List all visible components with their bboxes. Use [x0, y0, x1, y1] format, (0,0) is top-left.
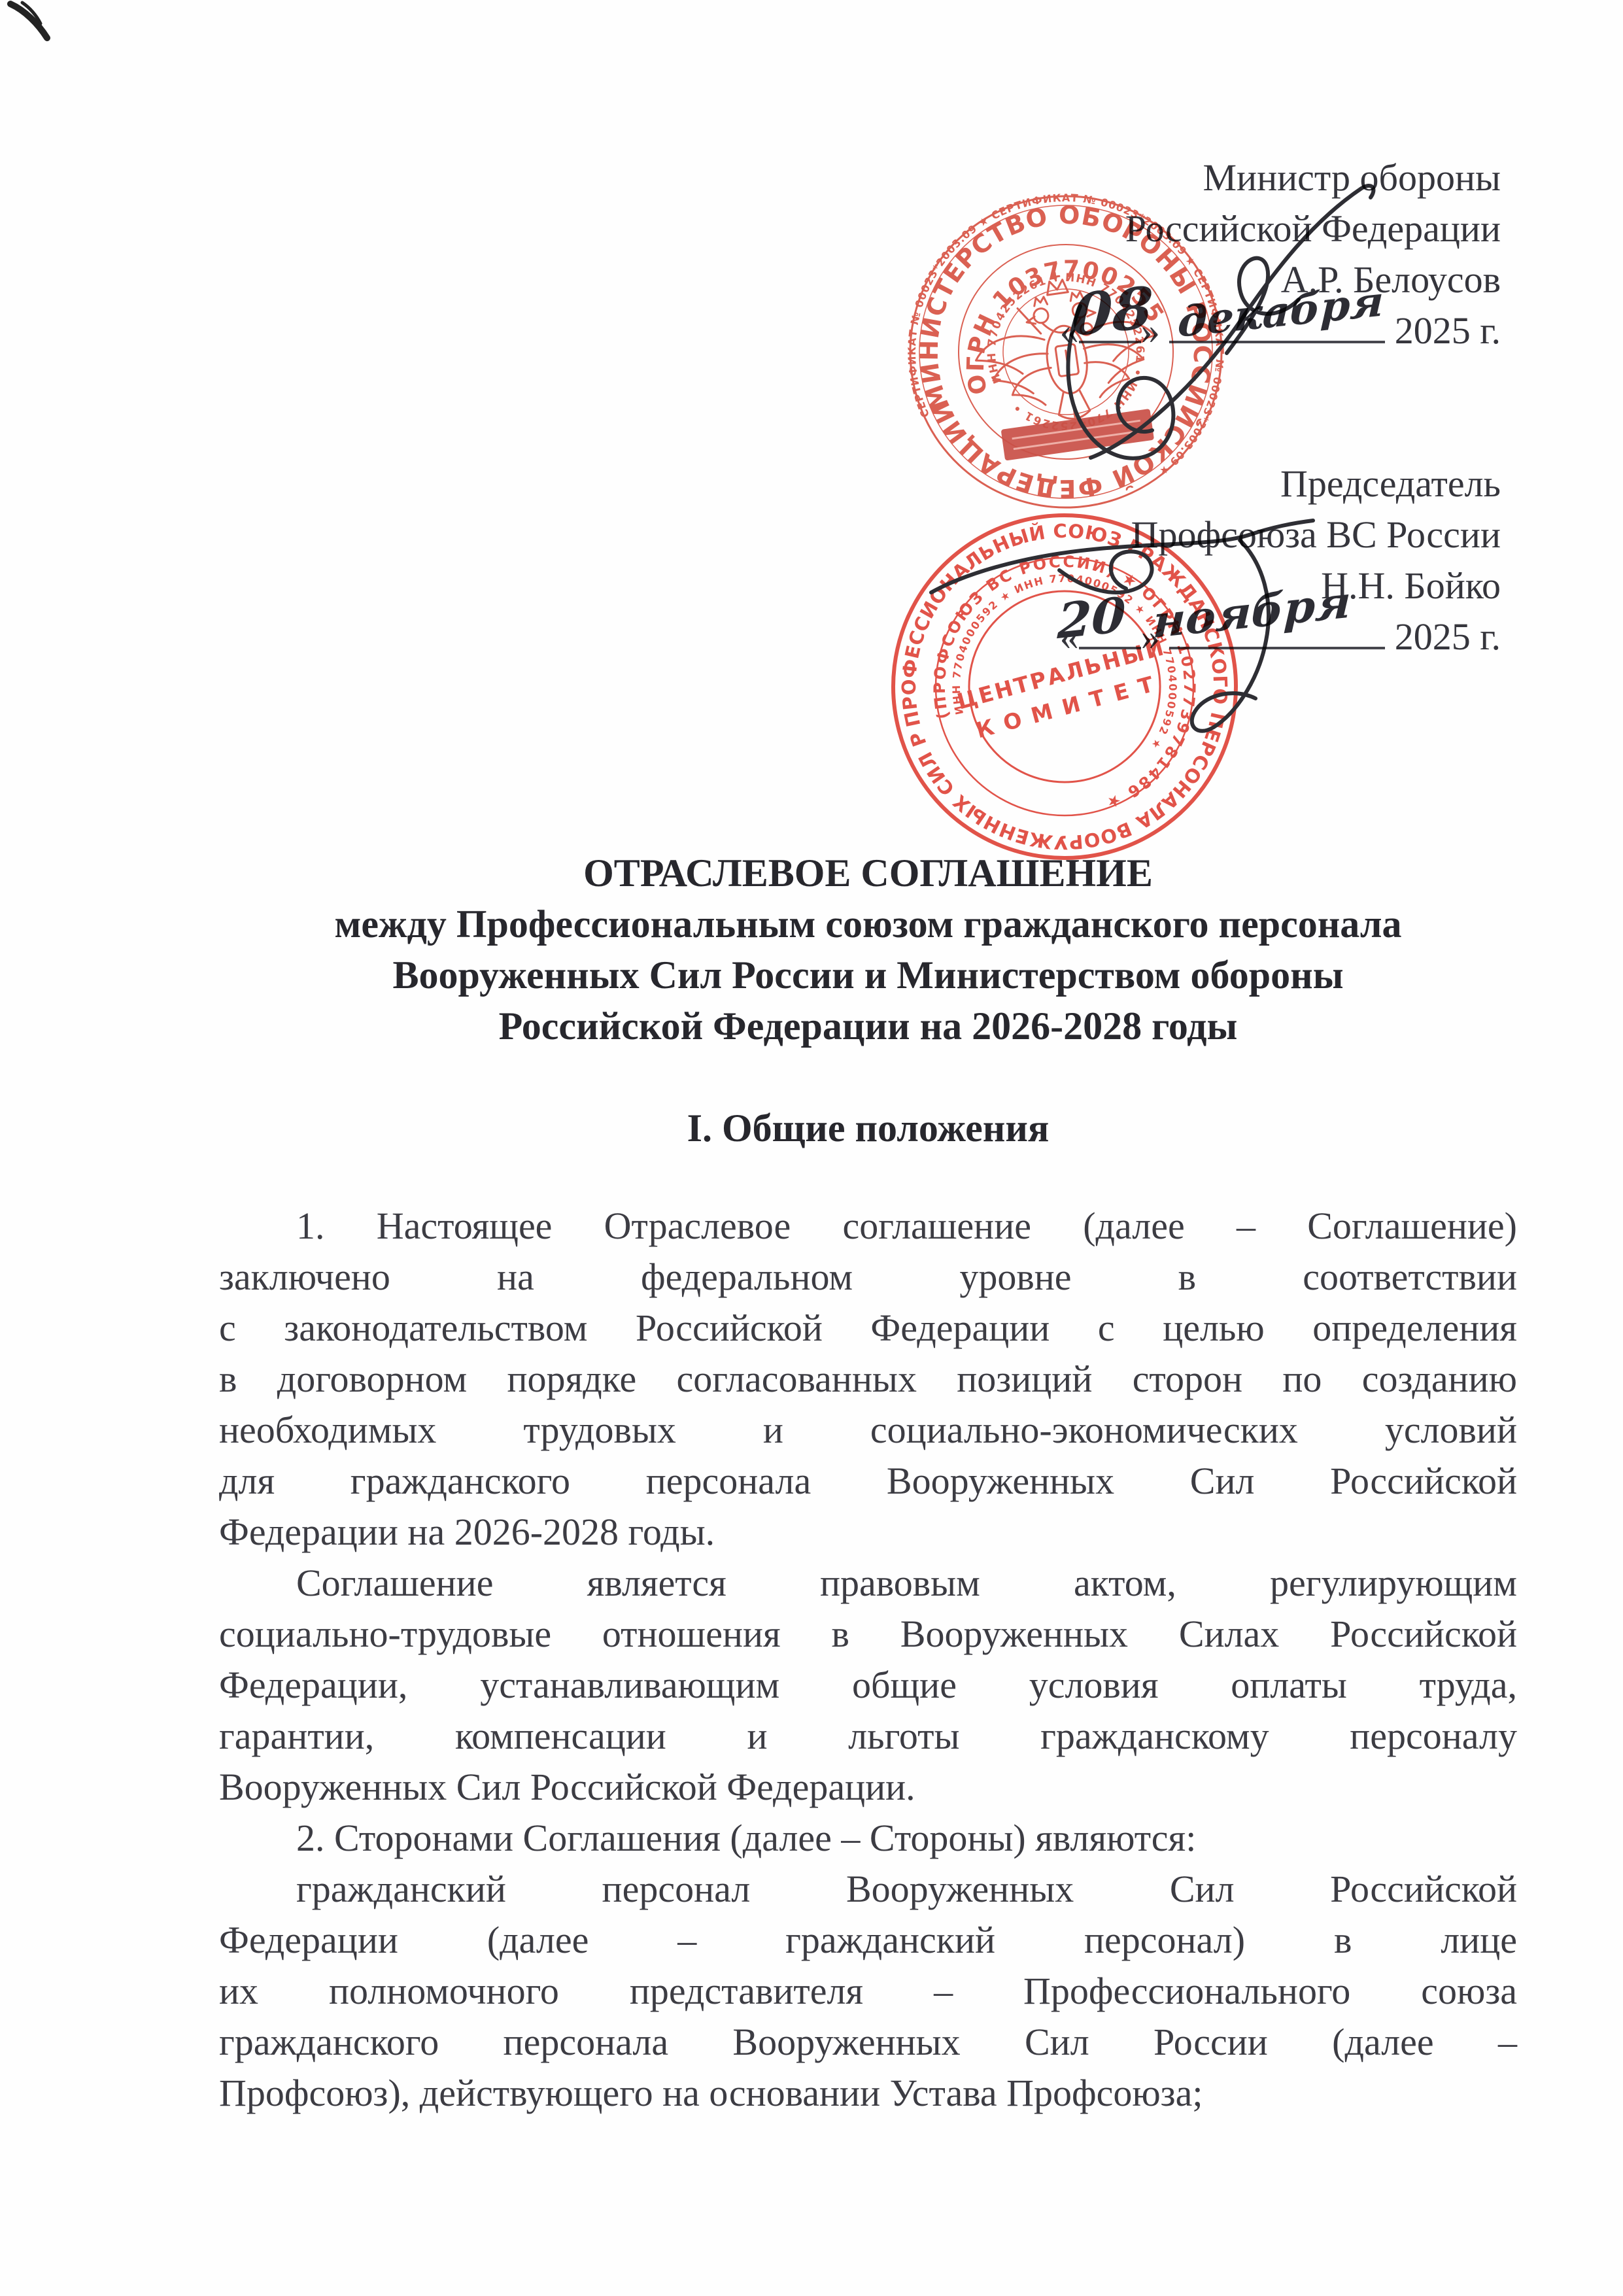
title-line: Российской Федерации на 2026-2028 годы: [219, 1001, 1517, 1052]
body-line: Федерации, устанавливающим общие условия…: [219, 1660, 1517, 1711]
body-line: Вооруженных Сил Российской Федерации.: [219, 1762, 1517, 1813]
chairman-role-line: Председатель: [1060, 458, 1501, 509]
body-line: в договорном порядке согласованных позиц…: [219, 1354, 1517, 1405]
document-title: ОТРАСЛЕВОЕ СОГЛАШЕНИЕ между Профессионал…: [219, 848, 1517, 1052]
svg-text:ОГРН 1037700255284: ОГРН 1037700255284: [0, 0, 1171, 817]
body-line: 2. Сторонами Соглашения (далее – Стороны…: [219, 1813, 1517, 1864]
body-line: Соглашение является правовым актом, регу…: [219, 1558, 1517, 1609]
body-line: заключено на федеральном уровне в соотве…: [219, 1252, 1517, 1303]
body-line: гарантии, компенсации и льготы гражданск…: [219, 1711, 1517, 1762]
stamp-center-line: КОМИТЕТ: [973, 668, 1166, 743]
body-line: 1. Настоящее Отраслевое соглашение (дале…: [219, 1201, 1517, 1252]
handwritten-day-chairman: 20: [1057, 591, 1127, 646]
chairman-date-year: 2025 г.: [1395, 615, 1501, 658]
body-line: их полномочного представителя – Професси…: [219, 1966, 1517, 2017]
body-line: гражданского персонала Вооруженных Сил Р…: [219, 2017, 1517, 2068]
title-line: Вооруженных Сил России и Министерством о…: [219, 950, 1517, 1001]
title-line: между Профессиональным союзом гражданско…: [219, 899, 1517, 950]
minister-role-line: Министр обороны: [1060, 152, 1501, 203]
stamp-bottom-banner: [1001, 409, 1154, 461]
minister-role-line: Российской Федерации: [1060, 203, 1501, 254]
body-line: Федерации (далее – гражданский персонал)…: [219, 1915, 1517, 1966]
scan-artifact: [10, 3, 47, 38]
body-text: 1. Настоящее Отраслевое соглашение (дале…: [219, 1201, 1517, 2119]
body-line: гражданский персонал Вооруженных Сил Рос…: [219, 1864, 1517, 1915]
handwritten-day-minister: 08: [1071, 279, 1154, 344]
body-line: для гражданского персонала Вооруженных С…: [219, 1456, 1517, 1507]
body-line: с законодательством Российской Федерации…: [219, 1303, 1517, 1354]
body-line: Профсоюз), действующего на основании Уст…: [219, 2068, 1517, 2119]
body-line: Федерации на 2026-2028 годы.: [219, 1507, 1517, 1558]
body-line: социально-трудовые отношения в Вооруженн…: [219, 1609, 1517, 1660]
body-line: необходимых трудовых и социально-экономи…: [219, 1405, 1517, 1456]
document-page: Министр обороны Российской Федерации А.Р…: [0, 0, 1623, 2296]
title-line: ОТРАСЛЕВОЕ СОГЛАШЕНИЕ: [219, 848, 1517, 899]
chairman-role-line: Профсоюза ВС России: [1060, 509, 1501, 560]
section-heading: I. Общие положения: [219, 1103, 1517, 1154]
stamp-ogrn-text: ОГРН 1037700255284: [0, 0, 1171, 817]
minister-date-year: 2025 г.: [1395, 309, 1501, 352]
